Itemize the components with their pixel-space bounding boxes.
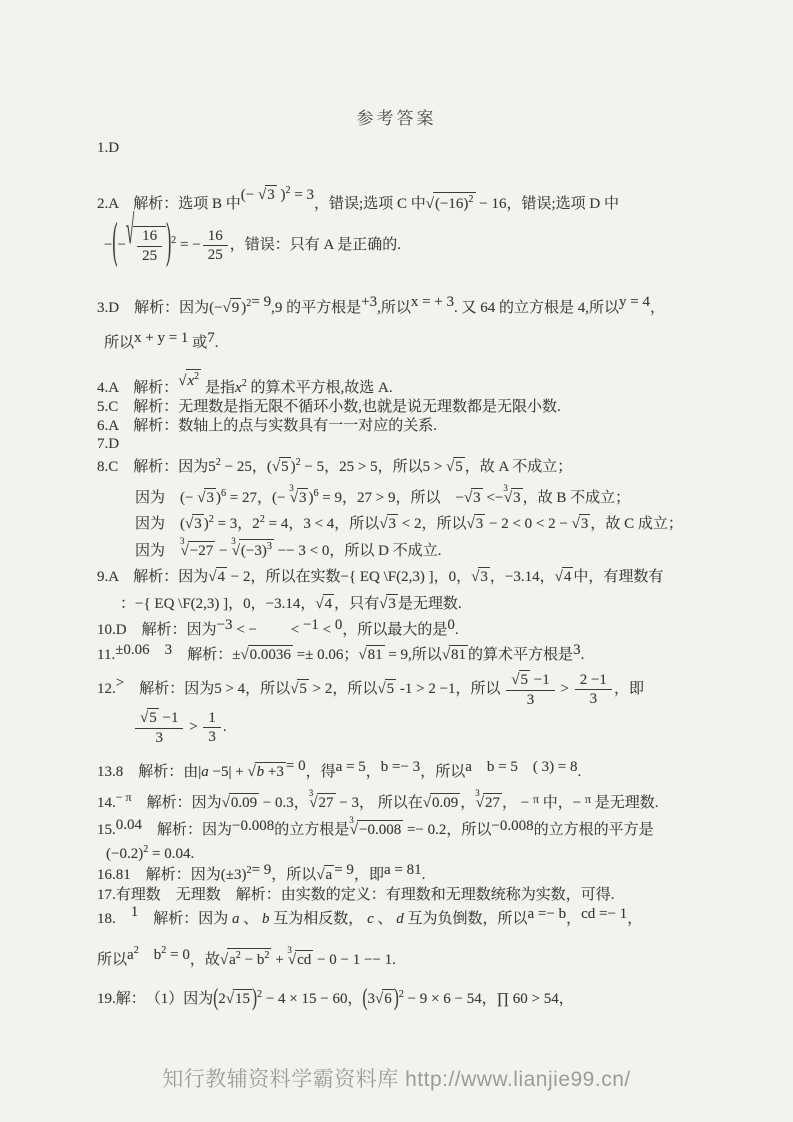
answer-9-line-1: 9.A 解析：因为√4 − 2，所以在实数−{ EQ \F(2,3) ]，0，√… (97, 567, 663, 588)
answer-1: 1.D (97, 139, 119, 159)
answer-19: 19.解： （1）因为(2√15)2 − 4 × 15 − 60，(3√6)2 … (97, 988, 574, 1010)
answer-9-line-2: ：−{ EQ \F(2,3) ]，0，−3.14，√4，只有√3是无理数. (120, 594, 462, 615)
answer-8-line-4: 因为 3√−27 − 3√(−3)3 −− 3 < 0，所以 D 不成立. (135, 539, 441, 562)
answer-3-line-2: 所以x + y = 1 或7. (104, 334, 218, 354)
page-title: 参考答案 (0, 104, 793, 129)
answer-2-line-2: −(−√1625)2 = −1625，错误：只有 A 是正确的. (104, 226, 401, 266)
answer-3-line-1: 3.D 解析：因为(−√9)2= 9,9 的平方根是+3,所以x = + 3. … (97, 297, 665, 319)
answer-8-line-3: 因为 (√3)2 = 3，22 = 4，3 < 4，所以√3 < 2，所以√3 … (135, 513, 683, 535)
answer-7: 7.D (97, 435, 119, 455)
answer-12-line-1: 12.> 解析：因为5 > 4，所以√5 > 2，所以√5 -1 > 2 −1，… (97, 670, 644, 710)
answer-5: 5.C 解析：无理数是指无限不循环小数,也就是说无理数都是无限小数. (97, 398, 561, 418)
page-footer: 知行教辅资料学霸资料库 http://www.lianjie99.cn/ (0, 1063, 793, 1093)
answer-18-line-1: 18. 1 解析：因为 a 、 b 互为相反数， c 、 d 互为负倒数，所以a… (97, 910, 642, 930)
answer-4: 4.A 解析：√x2 是指x2 的算术平方根,故选 A. (97, 376, 393, 399)
answer-13: 13.8 解析：由|a −5| + √b +3= 0，得a = 5，b =− 3… (97, 762, 581, 783)
answer-11: 11.±0.06 3 解析：±√0.0036 =± 0.06；√81 = 9,所… (97, 645, 584, 666)
answer-14: 14.− π 解析：因为√0.09 − 0.3，3√27 − 3， 所以在√0.… (97, 793, 659, 814)
answer-16: 16.81 解析：因为(±3)2 = 9，所以√a = 9，即a = 81. (97, 864, 425, 886)
answer-6: 6.A 解析：数轴上的点与实数具有一一对应的关系. (97, 417, 437, 437)
answer-10: 10.D 解析：因为−3 < − < −1 < 0，所以最大的是0. (97, 621, 459, 641)
answer-17: 17.有理数 无理数 解析：由实数的定义：有理数和无理数统称为实数，可得. (97, 886, 615, 906)
answer-sheet: 参考答案 1.D2.A 解析：选项 B 中(− √3 )2 = 3，错误;选项 … (0, 0, 793, 1122)
answer-18-line-2: 所以a2 b2 = 0，故√a2 − b2 + 3√cd − 0 − 1 −− … (97, 948, 396, 971)
answer-12-line-2: √5 −13 > 13. (133, 708, 227, 748)
answer-8-line-2: 因为 (− √3)6 = 27，(− 3√3)6 = 9，27 > 9，所以 −… (135, 487, 630, 509)
document-page: { "page": { "title": "参考答案", "footer": "… (0, 0, 793, 1122)
answer-15-line-1: 15.0.04 解析：因为−0.008的立方根是3√−0.008 =− 0.2，… (97, 820, 654, 841)
answer-15-line-2: (−0.2)2 = 0.04. (106, 843, 194, 865)
answer-8-line-1: 8.C 解析：因为52 − 25，(√5)2 − 5，25 > 5，所以5 > … (97, 456, 572, 478)
answer-2-line-1: 2.A 解析：选项 B 中(− √3 )2 = 3，错误;选项 C 中√(−16… (97, 192, 619, 215)
